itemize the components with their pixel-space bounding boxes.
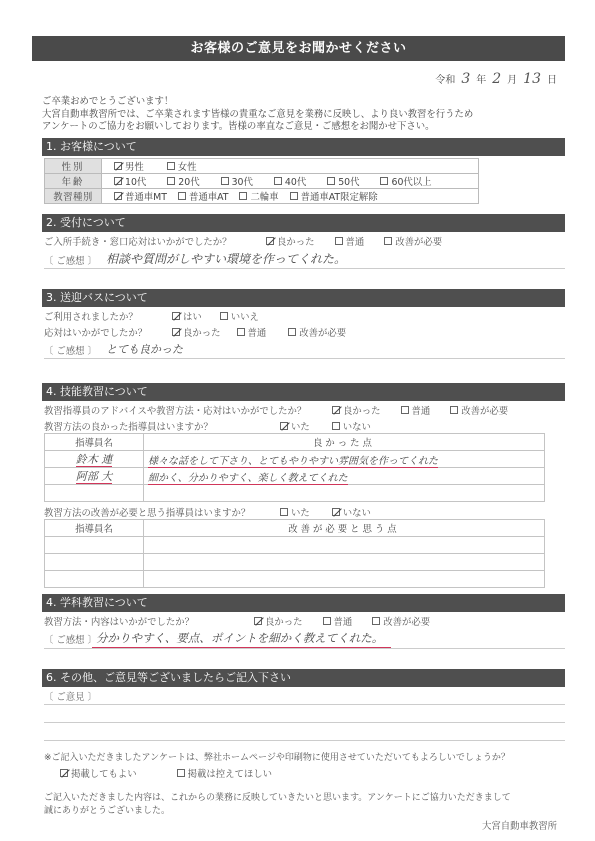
reception-question-row: ご入所手続き・窓口応対はいかがでしたか？ 良かった 普通 改善が必要 [44, 234, 442, 248]
instructor-name-cell[interactable] [45, 554, 144, 571]
other-comment-rule [44, 722, 565, 723]
academic-option-needs-improvement[interactable]: 改善が必要 [372, 614, 430, 628]
good-point-cell[interactable] [144, 485, 545, 502]
reception-option-needs-improvement[interactable]: 改善が必要 [384, 234, 442, 248]
age-option-50s[interactable]: 50代 [327, 174, 359, 188]
checkbox-icon[interactable] [237, 328, 245, 336]
instructor-name-cell[interactable] [45, 537, 144, 554]
course-option-mt[interactable]: 普通車MT [114, 189, 167, 203]
reception-comment-field[interactable]: 相談や質問がしやすい環境を作ってくれた。 [102, 250, 350, 269]
instructor-name-cell[interactable]: 鈴木 連 [76, 453, 113, 467]
bus-comment-row: 〔 ご感想 〕 とても良かった [44, 341, 203, 359]
bad-point-header: 改善が必要と思う点 [144, 520, 545, 537]
checkbox-checked-icon[interactable] [254, 617, 262, 625]
checkbox-icon[interactable] [221, 177, 229, 185]
skill-instructor-question: 教習指導員のアドバイスや教習方法・応対はいかがでしたか？ [44, 403, 332, 417]
academic-comment-rule [44, 648, 565, 649]
good-instructor-option-yes[interactable]: いた [280, 419, 310, 433]
other-comment-rule [44, 704, 565, 705]
bus-service-option-needs-improvement[interactable]: 改善が必要 [288, 325, 346, 339]
other-comment-rule [44, 740, 565, 741]
checkbox-icon[interactable] [380, 177, 388, 185]
section-other-header: 6. その他、ご意見等ございましたらご記入下さい [42, 669, 565, 687]
bad-instructor-row: 教習方法の改善が必要と思う指導員はいますか？ いた いない [44, 505, 371, 519]
gender-option-female[interactable]: 女性 [167, 159, 197, 173]
checkbox-checked-icon[interactable] [172, 312, 180, 320]
intro-text: ご卒業おめでとうございます！ 大宮自動車教習所では、ご卒業されます皆様の貴重なご… [42, 96, 562, 134]
bad-point-cell[interactable] [144, 537, 545, 554]
course-option-at-limit-removal[interactable]: 普通車AT限定解除 [290, 189, 378, 203]
bus-usage-option-no[interactable]: いいえ [220, 309, 259, 323]
reception-comment-row: 〔 ご感想 〕 相談や質問がしやすい環境を作ってくれた。 [44, 250, 350, 269]
gender-option-male[interactable]: 男性 [114, 159, 144, 173]
survey-date: 令和 3 年 2 月 13 日 [435, 71, 557, 87]
instructor-name-cell[interactable]: 阿部 大 [76, 470, 113, 484]
section-academic-header: 4. 学科教習について [42, 594, 565, 612]
age-option-10s[interactable]: 10代 [114, 174, 146, 188]
checkbox-icon[interactable] [220, 312, 228, 320]
academic-comment-field[interactable]: 分かりやすく、要点、ポイントを細かく教えてくれた。 [92, 630, 391, 648]
intro-line-2: 大宮自動車教習所では、ご卒業されます皆様の貴重なご意見を業務に反映し、より良い教… [42, 109, 562, 122]
good-instructor-question: 教習方法の良かった指導員はいますか？ [44, 419, 280, 433]
table-row: 阿部 大 細かく、分かりやすく、楽しく教えてくれた [45, 468, 545, 485]
bus-comment-field[interactable]: とても良かった [102, 341, 203, 359]
consent-question: ※ご記入いただきましたアンケートは、弊社ホームページや印刷物に使用させていただい… [44, 752, 510, 765]
bad-point-cell[interactable] [144, 554, 545, 571]
bus-service-option-normal[interactable]: 普通 [237, 325, 267, 339]
academic-option-normal[interactable]: 普通 [323, 614, 353, 628]
academic-question: 教習方法・内容はいかがでしたか？ [44, 614, 254, 628]
bus-service-row: 応対はいかがでしたか？ 良かった 普通 改善が必要 [44, 325, 346, 339]
bad-point-cell[interactable] [144, 571, 545, 588]
reception-question: ご入所手続き・窓口応対はいかがでしたか？ [44, 234, 266, 248]
checkbox-icon[interactable] [239, 192, 247, 200]
section-reception-header: 2. 受付について [42, 214, 565, 232]
date-year-unit: 年 [476, 71, 486, 86]
academic-comment-label: 〔 ご感想 〕 [44, 632, 92, 646]
checkbox-icon[interactable] [450, 406, 458, 414]
bus-service-question: 応対はいかがでしたか？ [44, 325, 172, 339]
skill-rating-option-good[interactable]: 良かった [332, 403, 381, 417]
checkbox-checked-icon[interactable] [332, 406, 340, 414]
checkbox-icon[interactable] [372, 617, 380, 625]
customer-info-table: 性別 男性 女性 年齢 10代 20代 30代 40代 50代 60代以上 教習… [44, 158, 479, 204]
checkbox-icon[interactable] [167, 177, 175, 185]
instructor-name-cell[interactable] [45, 485, 144, 502]
good-table-header: 指導員名 良かった点 [45, 434, 545, 451]
checkbox-icon[interactable] [323, 617, 331, 625]
bus-usage-question: ご利用されましたか？ [44, 309, 172, 323]
bus-service-option-good[interactable]: 良かった [172, 325, 221, 339]
consent-option-decline[interactable]: 掲載は控えてほしい [177, 766, 272, 780]
course-type-label: 教習種別 [45, 189, 102, 204]
bad-instructor-table: 指導員名 改善が必要と思う点 [44, 519, 545, 588]
age-row: 年齢 10代 20代 30代 40代 50代 60代以上 [45, 174, 479, 189]
checkbox-icon[interactable] [327, 177, 335, 185]
checkbox-icon[interactable] [274, 177, 282, 185]
other-comment-field[interactable] [44, 700, 565, 746]
date-month-field[interactable]: 2 [492, 71, 501, 87]
checkbox-checked-icon[interactable] [266, 237, 274, 245]
date-day-field[interactable]: 13 [523, 71, 541, 87]
checkbox-checked-icon[interactable] [114, 177, 122, 185]
closing-text: ご記入いただきました内容は、これからの業務に反映していきたいと思います。アンケー… [44, 792, 511, 817]
closing-line-2: 誠にありがとうございました。 [44, 805, 511, 818]
closing-line-1: ご記入いただきました内容は、これからの業務に反映していきたいと思います。アンケー… [44, 792, 511, 805]
good-instructor-table: 指導員名 良かった点 鈴木 連 様々な話をして下さり、とてもやりやすい雰囲気を作… [44, 433, 545, 502]
skill-rating-option-normal[interactable]: 普通 [401, 403, 431, 417]
date-day-unit: 日 [547, 71, 557, 86]
bus-comment-rule [44, 358, 565, 359]
checkbox-icon[interactable] [167, 162, 175, 170]
good-instructor-row: 教習方法の良かった指導員はいますか？ いた いない [44, 419, 371, 433]
checkbox-icon[interactable] [384, 237, 392, 245]
reception-comment-label: 〔 ご感想 〕 [44, 253, 102, 267]
academic-rating-row: 教習方法・内容はいかがでしたか？ 良かった 普通 改善が必要 [44, 614, 430, 628]
consent-option-allow[interactable]: 掲載してもよい [60, 766, 137, 780]
section-skill-header: 4. 技能教習について [42, 383, 565, 401]
instructor-name-header: 指導員名 [45, 434, 144, 451]
checkbox-checked-icon[interactable] [60, 769, 68, 777]
academic-comment-row: 〔 ご感想 〕 分かりやすく、要点、ポイントを細かく教えてくれた。 [44, 630, 391, 648]
survey-title: お客様のご意見をお聞かせください [32, 36, 565, 61]
date-era: 令和 [435, 71, 455, 86]
good-point-header: 良かった点 [144, 434, 545, 451]
checkbox-icon[interactable] [332, 422, 340, 430]
checkbox-icon[interactable] [290, 192, 298, 200]
course-type-row: 教習種別 普通車MT 普通車AT 二輪車 普通車AT限定解除 [45, 189, 479, 204]
instructor-name-header: 指導員名 [45, 520, 144, 537]
checkbox-icon[interactable] [177, 769, 185, 777]
bad-instructor-option-yes[interactable]: いた [280, 505, 310, 519]
checkbox-icon[interactable] [335, 237, 343, 245]
consent-options-row: 掲載してもよい 掲載は控えてほしい [60, 766, 272, 780]
bad-instructor-question: 教習方法の改善が必要と思う指導員はいますか？ [44, 505, 280, 519]
age-option-30s[interactable]: 30代 [221, 174, 253, 188]
course-option-motorcycle[interactable]: 二輪車 [239, 189, 278, 203]
checkbox-icon[interactable] [178, 192, 186, 200]
table-row [45, 537, 545, 554]
checkbox-checked-icon[interactable] [332, 508, 340, 516]
checkbox-checked-icon[interactable] [114, 192, 122, 200]
checkbox-icon[interactable] [280, 508, 288, 516]
section-customer-header: 1. お客様について [42, 138, 565, 156]
table-row [45, 554, 545, 571]
bus-usage-option-yes[interactable]: はい [172, 309, 202, 323]
intro-line-1: ご卒業おめでとうございます！ [42, 96, 562, 109]
bus-usage-row: ご利用されましたか？ はい いいえ [44, 309, 259, 323]
table-row: 鈴木 連 様々な話をして下さり、とてもやりやすい雰囲気を作ってくれた [45, 451, 545, 468]
bad-table-header: 指導員名 改善が必要と思う点 [45, 520, 545, 537]
reception-option-good[interactable]: 良かった [266, 234, 315, 248]
academic-option-good[interactable]: 良かった [254, 614, 303, 628]
instructor-name-cell[interactable] [45, 571, 144, 588]
table-row [45, 485, 545, 502]
gender-label: 性別 [45, 159, 102, 174]
good-instructor-option-no[interactable]: いない [332, 419, 371, 433]
age-option-40s[interactable]: 40代 [274, 174, 306, 188]
section-bus-header: 3. 送迎バスについて [42, 289, 565, 307]
reception-comment-rule [44, 268, 565, 269]
skill-instructor-rating-row: 教習指導員のアドバイスや教習方法・応対はいかがでしたか？ 良かった 普通 改善が… [44, 403, 508, 417]
date-month-unit: 月 [507, 71, 517, 86]
course-option-at[interactable]: 普通車AT [178, 189, 229, 203]
age-option-60s-plus[interactable]: 60代以上 [380, 174, 431, 188]
checkbox-icon[interactable] [288, 328, 296, 336]
bad-instructor-option-no[interactable]: いない [332, 505, 371, 519]
reception-option-normal[interactable]: 普通 [335, 234, 365, 248]
checkbox-checked-icon[interactable] [114, 162, 122, 170]
age-label: 年齢 [45, 174, 102, 189]
checkbox-checked-icon[interactable] [172, 328, 180, 336]
age-option-20s[interactable]: 20代 [167, 174, 199, 188]
good-point-cell[interactable]: 様々な話をして下さり、とてもやりやすい雰囲気を作ってくれた [148, 456, 438, 468]
good-point-cell[interactable]: 細かく、分かりやすく、楽しく教えてくれた [148, 473, 348, 485]
table-row [45, 571, 545, 588]
checkbox-icon[interactable] [401, 406, 409, 414]
signature: 大宮自動車教習所 [482, 818, 557, 832]
intro-line-3: アンケートのご協力をお願いしております。皆様の率直なご意見・ご感想をお聞かせ下さ… [42, 121, 562, 134]
gender-row: 性別 男性 女性 [45, 159, 479, 174]
checkbox-checked-icon[interactable] [280, 422, 288, 430]
date-year-field[interactable]: 3 [461, 71, 470, 87]
bus-comment-label: 〔 ご感想 〕 [44, 343, 102, 357]
skill-rating-option-needs-improvement[interactable]: 改善が必要 [450, 403, 508, 417]
